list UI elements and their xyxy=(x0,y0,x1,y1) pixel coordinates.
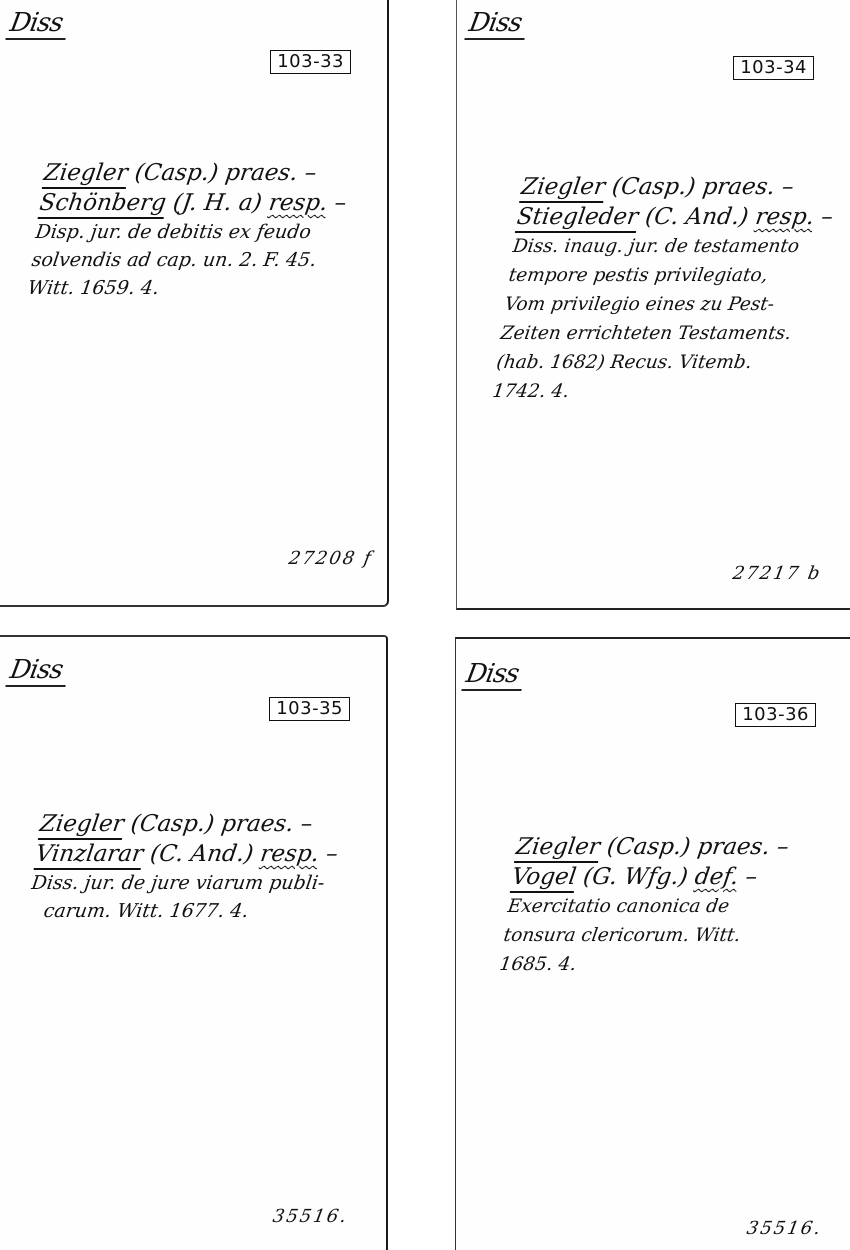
respondent-name: Stiegleder xyxy=(515,204,640,233)
title-line: Vom privilegio eines zu Pest- xyxy=(503,290,832,319)
author-name: Ziegler xyxy=(42,160,130,189)
catalog-card-3: Diss 103-35 Ziegler (Casp.) praes. – Vin… xyxy=(0,635,388,1250)
respondent-line: Vinzlarar (C. And.) resp. – xyxy=(34,839,370,869)
role-dash: – xyxy=(317,841,339,867)
author-info: (Casp.) praes. – xyxy=(133,160,318,186)
imprint-line: 1742. 4. xyxy=(491,377,820,406)
call-number-box: 103-34 xyxy=(733,56,814,80)
title-line: Disp. jur. de debitis ex feudo xyxy=(34,218,369,246)
accession-number: 35516. xyxy=(745,1218,824,1239)
author-name: Ziegler xyxy=(519,174,607,203)
respondent-line: Stiegleder (C. And.) resp. – xyxy=(515,202,844,232)
respondent-line: Vogel (G. Wfg.) def. – xyxy=(510,862,838,892)
call-number-box: 103-36 xyxy=(735,703,816,727)
call-number-box: 103-35 xyxy=(269,697,350,721)
title-line: Diss. jur. de jure viarum publi- xyxy=(30,869,366,897)
title-line: solvendis ad cap. un. 2. F. 45. xyxy=(30,246,365,274)
call-number-box: 103-33 xyxy=(270,50,351,74)
title-line: tonsura clericorum. Witt. xyxy=(502,921,830,950)
respondent-info: (C. And.) xyxy=(644,204,750,230)
respondent-info: (G. Wfg.) xyxy=(582,864,690,890)
catalog-card-4: Diss 103-36 Ziegler (Casp.) praes. – Vog… xyxy=(455,637,850,1250)
imprint-line: carum. Witt. 1677. 4. xyxy=(26,897,362,925)
respondent-name: Schönberg xyxy=(38,190,168,219)
card-header-mark: Diss xyxy=(5,657,70,687)
author-line: Ziegler (Casp.) praes. – xyxy=(514,832,842,862)
catalog-card-1: Diss 103-33 Ziegler (Casp.) praes. – Sch… xyxy=(0,0,389,607)
author-name: Ziegler xyxy=(514,834,602,863)
respondent-name: Vogel xyxy=(510,864,578,893)
respondent-info: (C. And.) xyxy=(149,841,255,867)
catalog-card-2: Diss 103-34 Ziegler (Casp.) praes. – Sti… xyxy=(456,0,850,610)
card-header-mark: Diss xyxy=(5,10,70,40)
card-entry: Ziegler (Casp.) praes. – Vinzlarar (C. A… xyxy=(26,809,374,925)
accession-number: 27217 b xyxy=(732,563,824,584)
card-entry: Ziegler (Casp.) praes. – Schönberg (J. H… xyxy=(26,158,377,302)
respondent-line: Schönberg (J. H. a) resp. – xyxy=(38,188,373,218)
respondent-name: Vinzlarar xyxy=(34,841,145,870)
author-info: (Casp.) praes. – xyxy=(610,174,795,200)
title-line: Diss. inaug. jur. de testamento xyxy=(511,232,840,261)
respondent-role: def. xyxy=(693,864,740,890)
title-line: Exercitatio canonica de xyxy=(506,892,834,921)
role-dash: – xyxy=(812,204,834,230)
author-name: Ziegler xyxy=(38,811,126,840)
card-entry: Ziegler (Casp.) praes. – Vogel (G. Wfg.)… xyxy=(498,832,843,979)
respondent-role: resp. xyxy=(259,841,321,867)
imprint-line: (hab. 1682) Recus. Vitemb. xyxy=(495,348,824,377)
role-dash: – xyxy=(326,190,348,216)
imprint-line: Witt. 1659. 4. xyxy=(26,274,361,302)
author-line: Ziegler (Casp.) praes. – xyxy=(38,809,374,839)
title-line: Zeiten errichteten Testaments. xyxy=(499,319,828,348)
author-line: Ziegler (Casp.) praes. – xyxy=(519,172,848,202)
imprint-line: 1685. 4. xyxy=(498,950,826,979)
respondent-role: resp. xyxy=(267,190,329,216)
author-info: (Casp.) praes. – xyxy=(129,811,314,837)
respondent-info: (J. H. a) xyxy=(171,190,263,216)
accession-number: 35516. xyxy=(271,1206,350,1227)
author-line: Ziegler (Casp.) praes. – xyxy=(42,158,377,188)
accession-number: 27208 f xyxy=(287,548,374,569)
title-line: tempore pestis privilegiato, xyxy=(507,261,836,290)
respondent-role: resp. xyxy=(754,204,816,230)
card-header-mark: Diss xyxy=(461,661,526,691)
author-info: (Casp.) praes. – xyxy=(605,834,790,860)
card-entry: Ziegler (Casp.) praes. – Stiegleder (C. … xyxy=(491,172,849,406)
card-header-mark: Diss xyxy=(464,10,529,40)
role-dash: – xyxy=(737,864,759,890)
